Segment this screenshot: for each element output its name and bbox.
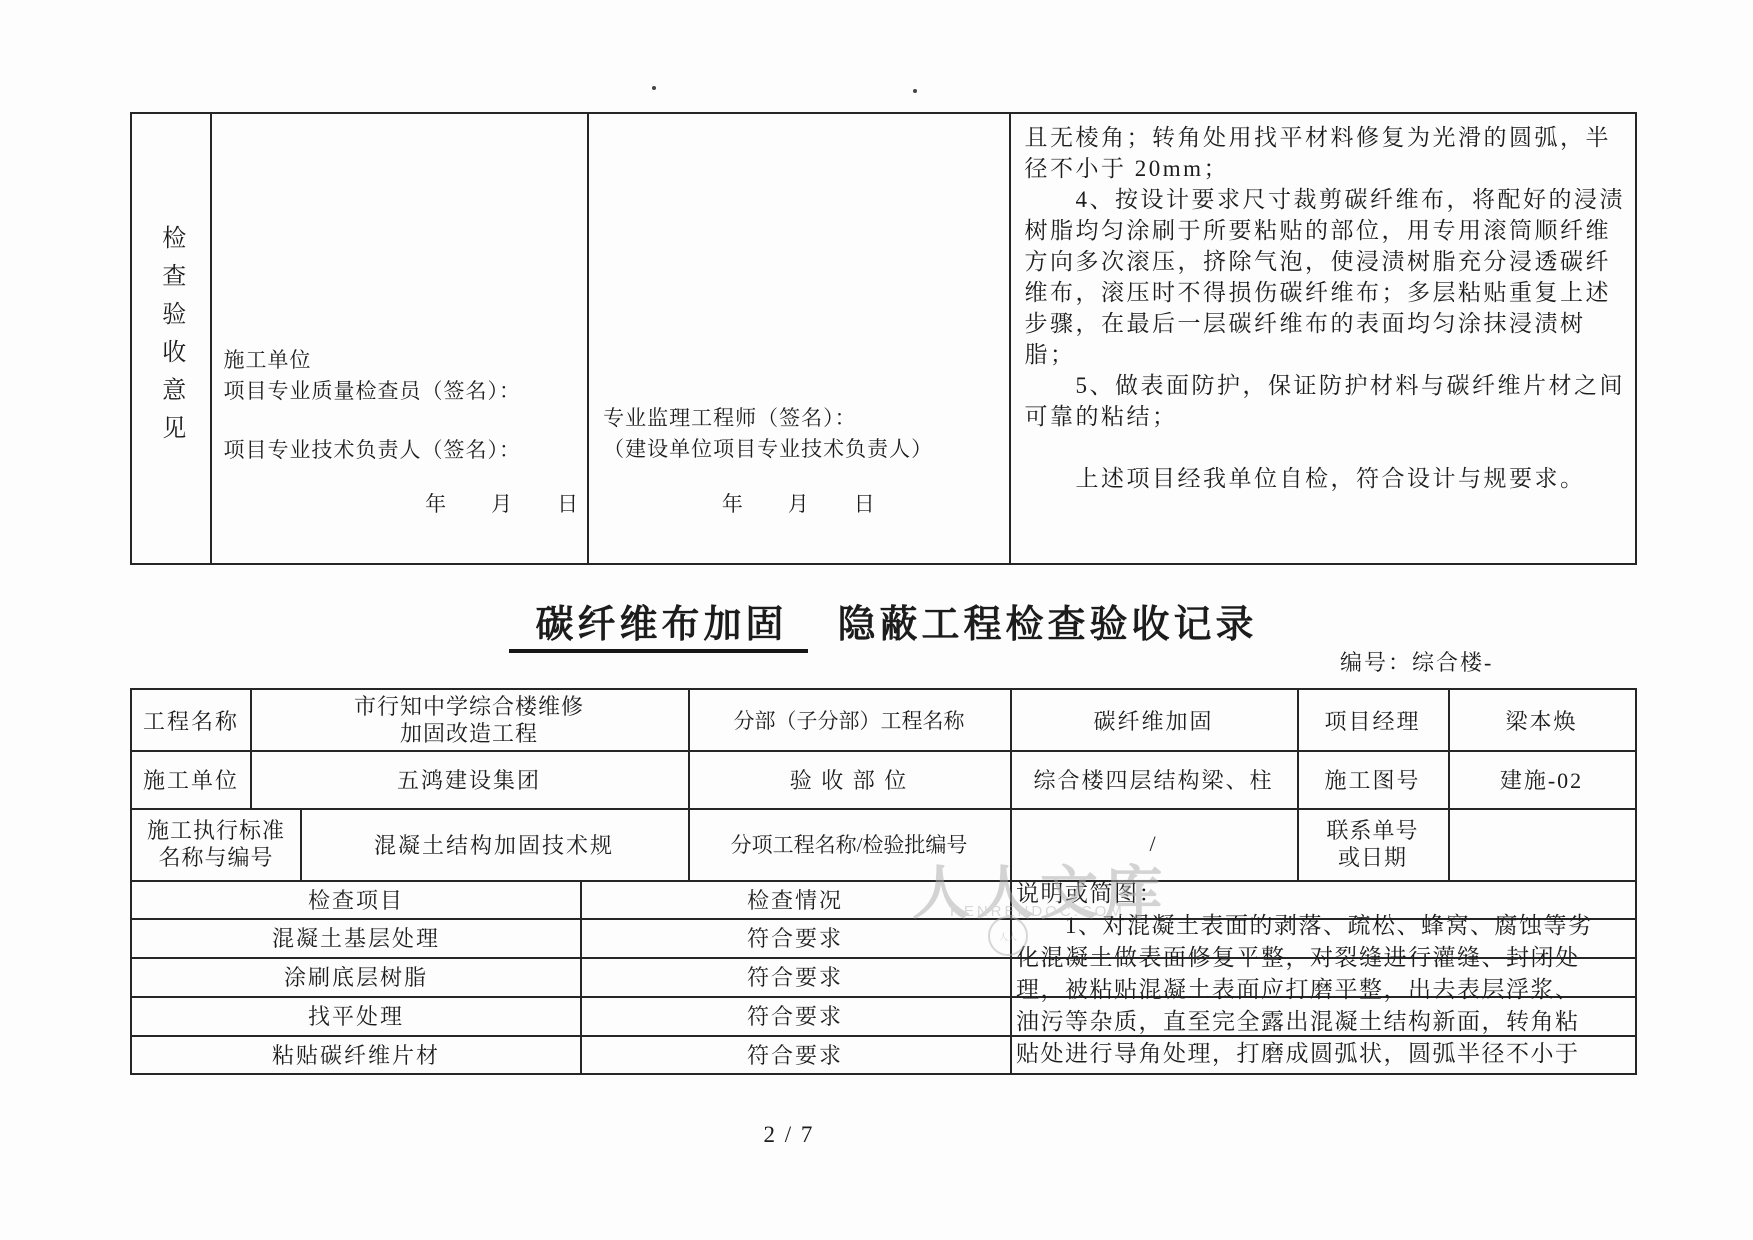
contact-number-line2: 或日期 xyxy=(1338,844,1407,871)
execution-standard-value: 混凝土结构加固技术规 xyxy=(300,808,688,880)
opinion-line: 4、按设计要求尺寸裁剪碳纤维布，将配好的浸渍 xyxy=(1025,184,1626,215)
notes-line: 理，被粘贴混凝土表面应打磨平整，出去表层浮浆、 xyxy=(1016,974,1633,1006)
serial-number: 编号：综合楼- xyxy=(1340,646,1493,677)
project-name-line1: 市行知中学综合楼维修 xyxy=(354,693,584,720)
contact-number-value xyxy=(1448,808,1635,880)
page-number: 2 / 7 xyxy=(0,1122,1578,1148)
supervising-engineer-sign-label: 专业监理工程师（签名）： xyxy=(603,402,857,432)
inspection-lot-value: / xyxy=(1010,808,1297,880)
construction-signature-cell: 施工单位 项目专业质量检查员（签名）： 项目专业技术负责人（签名）： 年 月 日 xyxy=(212,114,590,563)
opinion-line: 5、做表面防护，保证防护材料与碳纤维片材之间 xyxy=(1025,370,1626,401)
quality-inspector-sign-label: 项目专业质量检查员（签名）： xyxy=(224,375,522,405)
owner-technical-director-label: （建设单位项目专业技术负责人） xyxy=(603,433,933,463)
construction-unit-label: 施工单位 xyxy=(224,344,312,374)
opinion-vertical-label: 检查验收意见 xyxy=(159,225,183,453)
construction-unit-label: 施工单位 xyxy=(132,750,250,808)
stray-dot xyxy=(652,86,656,90)
date-line: 年 月 日 xyxy=(722,488,876,518)
notes-title: 说明或简图： xyxy=(1016,878,1633,910)
check-status: 符合要求 xyxy=(580,1035,1010,1073)
project-name-line2: 加固改造工程 xyxy=(400,720,538,747)
notes-line: 1、对混凝土表面的剥落、疏松、蜂窝、腐蚀等劣 xyxy=(1016,910,1633,942)
opinion-line: 可靠的粘结； xyxy=(1025,401,1626,432)
check-item: 粘贴碳纤维片材 xyxy=(132,1035,580,1073)
opinion-line: 径不小于 20mm； xyxy=(1025,153,1626,184)
notes-line: 贴处进行导角处理，打磨成圆弧状，圆弧半径不小于 xyxy=(1016,1038,1633,1070)
execution-standard-label: 施工执行标准 名称与编号 xyxy=(132,808,300,880)
opinion-line xyxy=(1025,432,1626,463)
project-manager-value: 梁本焕 xyxy=(1448,690,1635,750)
check-item-header: 检查项目 xyxy=(132,880,580,918)
opinion-label-cell: 检查验收意见 xyxy=(132,114,212,563)
execution-standard-line1: 施工执行标准 xyxy=(147,817,285,844)
drawing-number-value: 建施-02 xyxy=(1448,750,1635,808)
notes-line: 化混凝土做表面修复平整，对裂缝进行灌缝、封闭处 xyxy=(1016,942,1633,974)
opinion-line: 脂； xyxy=(1025,339,1626,370)
opinion-line: 上述项目经我单位自检，符合设计与规要求。 xyxy=(1025,463,1626,494)
date-line: 年 月 日 xyxy=(425,488,579,518)
contact-number-label: 联系单号 或日期 xyxy=(1297,808,1448,880)
construction-unit-value: 五鸿建设集团 xyxy=(250,750,688,808)
opinion-line: 步骤，在最后一层碳纤维布的表面均匀涂抹浸渍树 xyxy=(1025,308,1626,339)
drawing-number-label: 施工图号 xyxy=(1297,750,1448,808)
execution-standard-line2: 名称与编号 xyxy=(158,844,273,871)
project-manager-label: 项目经理 xyxy=(1297,690,1448,750)
stray-dot xyxy=(913,89,917,93)
subdivision-work-value: 碳纤维加固 xyxy=(1010,690,1297,750)
project-name-value: 市行知中学综合楼维修 加固改造工程 xyxy=(250,690,688,750)
title-rest: 隐蔽工程检查验收记录 xyxy=(838,604,1258,646)
check-item: 找平处理 xyxy=(132,996,580,1035)
supervisor-signature-cell: 专业监理工程师（签名）： （建设单位项目专业技术负责人） 年 月 日 xyxy=(589,114,1010,563)
contact-number-line1: 联系单号 xyxy=(1326,817,1418,844)
opinion-line: 方向多次滚压，挤除气泡，使浸渍树脂充分浸透碳纤 xyxy=(1025,246,1626,277)
check-status-header: 检查情况 xyxy=(580,880,1010,918)
opinion-line: 维布，滚压时不得损伤碳纤维布；多层粘贴重复上述 xyxy=(1025,277,1626,308)
technical-director-sign-label: 项目专业技术负责人（签名）： xyxy=(224,434,522,464)
acceptance-opinion-table: 检查验收意见 施工单位 项目专业质量检查员（签名）： 项目专业技术负责人（签名）… xyxy=(130,112,1637,565)
check-status: 符合要求 xyxy=(580,996,1010,1035)
subdivision-work-label: 分部（子分部）工程名称 xyxy=(688,690,1010,750)
notes-block: 说明或简图： 1、对混凝土表面的剥落、疏松、蜂窝、腐蚀等劣 化混凝土做表面修复平… xyxy=(1016,878,1633,1070)
opinion-text-cell: 且无棱角；转角处用找平材料修复为光滑的圆弧，半 径不小于 20mm； 4、按设计… xyxy=(1011,114,1636,563)
check-item: 涂刷底层树脂 xyxy=(132,957,580,996)
opinion-line: 树脂均匀涂刷于所要粘贴的部位，用专用滚筒顺纤维 xyxy=(1025,215,1626,246)
check-status: 符合要求 xyxy=(580,957,1010,996)
check-item: 混凝土基层处理 xyxy=(132,918,580,957)
opinion-line: 且无棱角；转角处用找平材料修复为光滑的圆弧，半 xyxy=(1025,122,1626,153)
project-name-label: 工程名称 xyxy=(132,690,250,750)
document-title: 碳纤维布加固隐蔽工程检查验收记录 xyxy=(130,593,1637,648)
document-page: 检查验收意见 施工单位 项目专业质量检查员（签名）： 项目专业技术负责人（签名）… xyxy=(0,0,1753,1240)
check-status: 符合要求 xyxy=(580,918,1010,957)
notes-line: 油污等杂质，直至完全露出混凝土结构新面，转角粘 xyxy=(1016,1006,1633,1038)
acceptance-part-value: 综合楼四层结构梁、柱 xyxy=(1010,750,1297,808)
inspection-lot-label: 分项工程名称/检验批编号 xyxy=(688,808,1010,880)
project-info-table: 工程名称 市行知中学综合楼维修 加固改造工程 分部（子分部）工程名称 碳纤维加固… xyxy=(130,688,1637,1075)
acceptance-part-label: 验 收 部 位 xyxy=(688,750,1010,808)
title-underlined-part: 碳纤维布加固 xyxy=(509,604,807,653)
